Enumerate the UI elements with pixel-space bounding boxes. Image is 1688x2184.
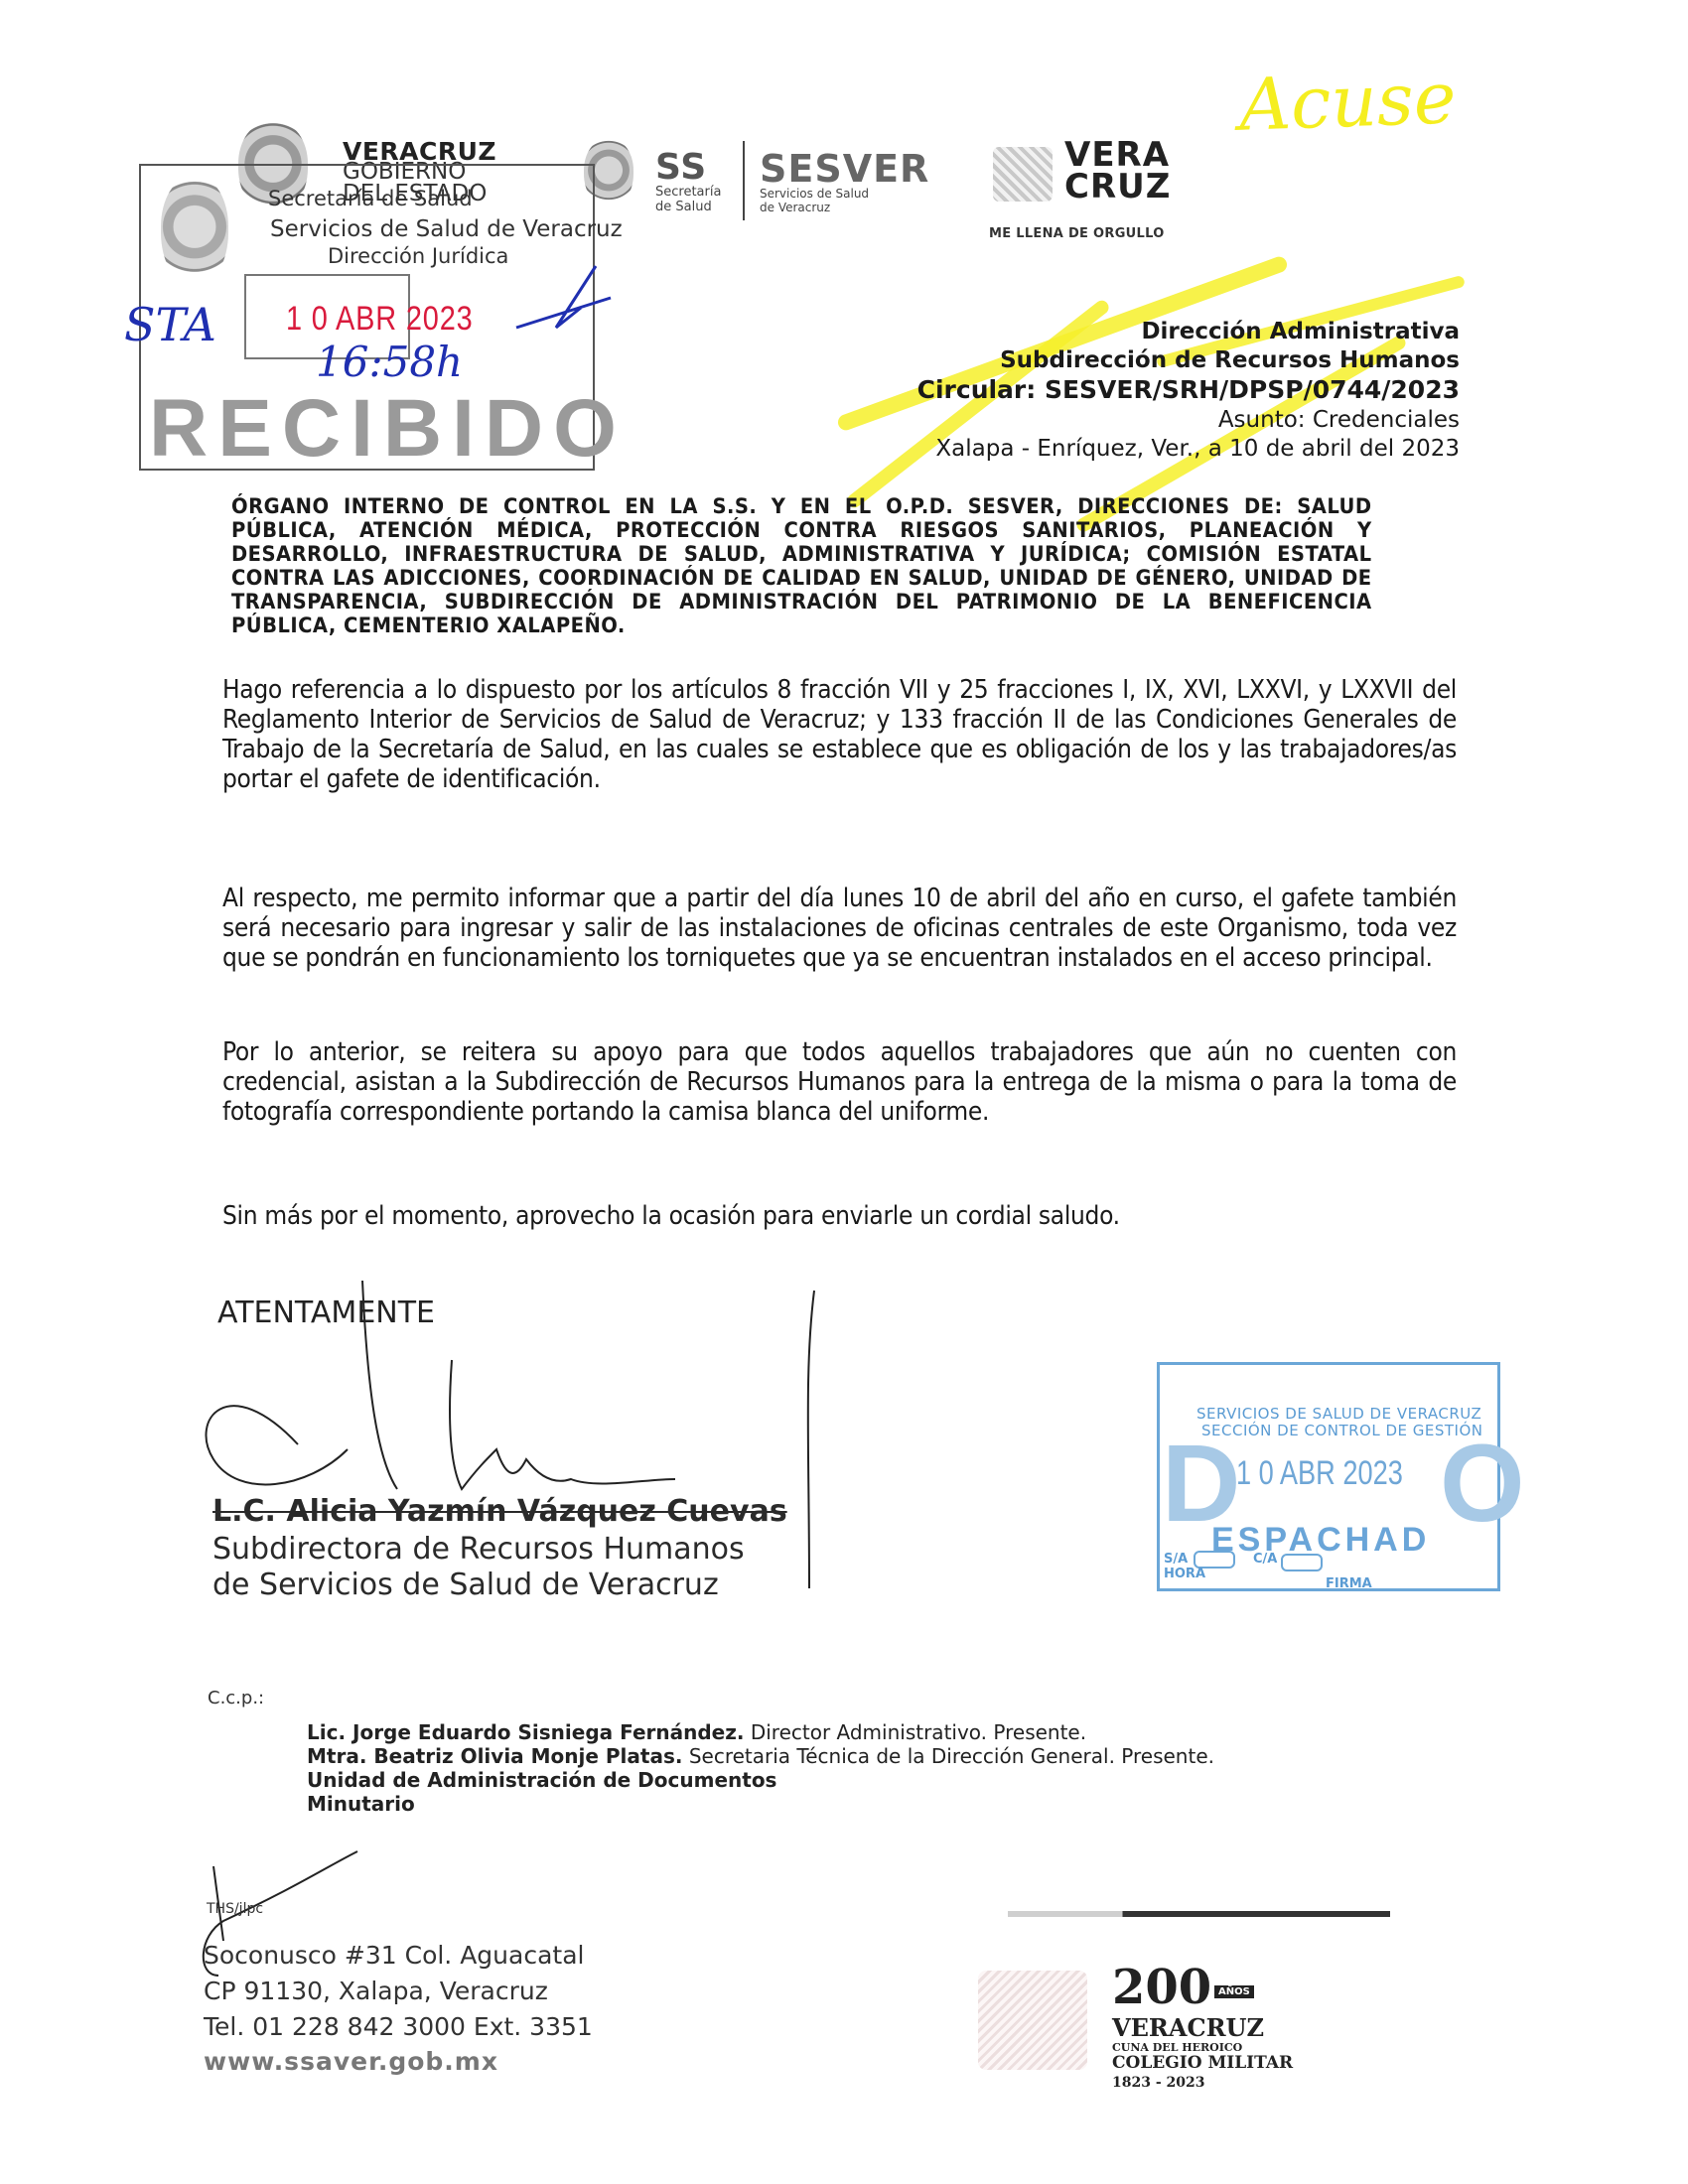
anniversary-state: VERACRUZ (1112, 2013, 1264, 2042)
logo-tagline: ME LLENA DE ORGULLO (989, 226, 1165, 241)
anniversary-line: COLEGIO MILITAR (1112, 2053, 1293, 2073)
ccp-item: Minutario (307, 1792, 1214, 1816)
ccp-name: Unidad de Administración de Documentos (307, 1768, 776, 1792)
stamp-line: Dirección Jurídica (328, 244, 508, 268)
stamp-line: Servicios de Salud de Veracruz (270, 216, 623, 242)
ccp-item: Mtra. Beatriz Olivia Monje Platas. Secre… (307, 1744, 1214, 1768)
logo-line: CRUZ (1064, 171, 1171, 203)
address-line: Soconusco #31 Col. Aguacatal (204, 1938, 593, 1974)
ccp-list: Lic. Jorge Eduardo Sisniega Fernández. D… (307, 1720, 1214, 1816)
body-paragraph: Hago referencia a lo dispuesto por los a… (222, 675, 1457, 794)
logo-ss-subtitle: Secretaría de Salud (655, 185, 721, 214)
ccp-name: Mtra. Beatriz Olivia Monje Platas. (307, 1744, 682, 1768)
received-date: 1 0 ABR 2023 (286, 300, 474, 339)
ccp-item: Unidad de Administración de Documentos (307, 1768, 1214, 1792)
dispatch-ca-label: C/A (1253, 1552, 1277, 1567)
signer-title-line: Subdirectora de Recursos Humanos (212, 1532, 745, 1568)
logo-vera-cruz: VERA CRUZ (1064, 139, 1171, 203)
logo-line: de Veracruz (760, 201, 869, 214)
signer-name: L.C. Alicia Yazmín Vázquez Cuevas (212, 1494, 787, 1529)
dispatch-sa-label: S/A (1164, 1552, 1188, 1567)
anniversary-years: 1823 - 2023 (1112, 2075, 1205, 2091)
ccp-role: Director Administrativo. Presente. (744, 1720, 1086, 1744)
dispatch-big-letter: O (1440, 1430, 1525, 1539)
address-line: CP 91130, Xalapa, Veracruz (204, 1974, 593, 2009)
ccp-label: C.c.p.: (208, 1688, 264, 1708)
closing: ATENTAMENTE (217, 1296, 435, 1330)
signer-title-line: de Servicios de Salud de Veracruz (212, 1568, 745, 1603)
logo-sesver-subtitle: Servicios de Salud de Veracruz (760, 187, 869, 214)
dispatch-stamp-line: SERVICIOS DE SALUD DE VERACRUZ (1196, 1405, 1481, 1423)
body-paragraph: Sin más por el momento, aprovecho la oca… (222, 1201, 1457, 1231)
handwritten-initials: STA (124, 298, 216, 351)
ccp-role: Secretaria Técnica de la Dirección Gener… (682, 1744, 1214, 1768)
handwritten-acuse: Acuse (1238, 56, 1458, 147)
circular-number: Circular: SESVER/SRH/DPSP/0744/2023 (917, 375, 1460, 404)
dispatch-date: 1 0 ABR 2023 (1236, 1454, 1403, 1493)
stamp-line: Secretaría de Salud (268, 187, 473, 210)
sender-subdireccion: Subdirección de Recursos Humanos (1000, 346, 1460, 375)
logo-divider (743, 141, 745, 220)
anniversary-number: 200 (1112, 1964, 1211, 2011)
typist-initials: THS/jlpc (207, 1901, 263, 1917)
sender-direccion: Dirección Administrativa (1141, 318, 1460, 346)
logo-line: Servicios de Salud (760, 187, 869, 201)
logo-line: Secretaría (655, 185, 721, 200)
body-paragraph: Por lo anterior, se reitera su apoyo par… (222, 1037, 1457, 1127)
logo-sesver: SESVER (760, 147, 929, 191)
body-paragraph: Al respecto, me permito informar que a p… (222, 884, 1457, 973)
place-date: Xalapa - Enríquez, Ver., a 10 de abril d… (935, 435, 1460, 464)
address: Soconusco #31 Col. Aguacatal CP 91130, X… (204, 1938, 593, 2045)
footer-divider (1008, 1911, 1390, 1917)
handwritten-time: 16:58h (316, 338, 463, 386)
veracruz-watermark-icon (978, 1971, 1087, 2070)
stamp-crest-icon (161, 177, 228, 288)
ccp-name: Lic. Jorge Eduardo Sisniega Fernández. (307, 1720, 744, 1744)
ccp-item: Lic. Jorge Eduardo Sisniega Fernández. D… (307, 1720, 1214, 1744)
dispatch-label: ESPACHAD (1211, 1521, 1430, 1560)
dispatch-hora-label: HORA (1164, 1567, 1205, 1581)
logo-ss: SS (655, 147, 707, 188)
subject: Asunto: Credenciales (1218, 406, 1460, 435)
signer-title: Subdirectora de Recursos Humanos de Serv… (212, 1532, 745, 1603)
anniversary-badge: AÑOS (1214, 1985, 1254, 1998)
website-link[interactable]: www.ssaver.gob.mx (204, 2047, 498, 2076)
phone: Tel. 01 228 842 3000 Ext. 3351 (204, 2009, 593, 2045)
veracruz-pattern-icon (993, 147, 1053, 202)
ccp-name: Minutario (307, 1792, 415, 1816)
dispatch-ca-box (1281, 1554, 1323, 1571)
received-label: RECIBIDO (149, 382, 627, 476)
dispatch-firma-label: FIRMA (1326, 1576, 1372, 1591)
recipients: ÓRGANO INTERNO DE CONTROL EN LA S.S. Y E… (231, 494, 1372, 637)
logo-line: de Salud (655, 200, 721, 214)
